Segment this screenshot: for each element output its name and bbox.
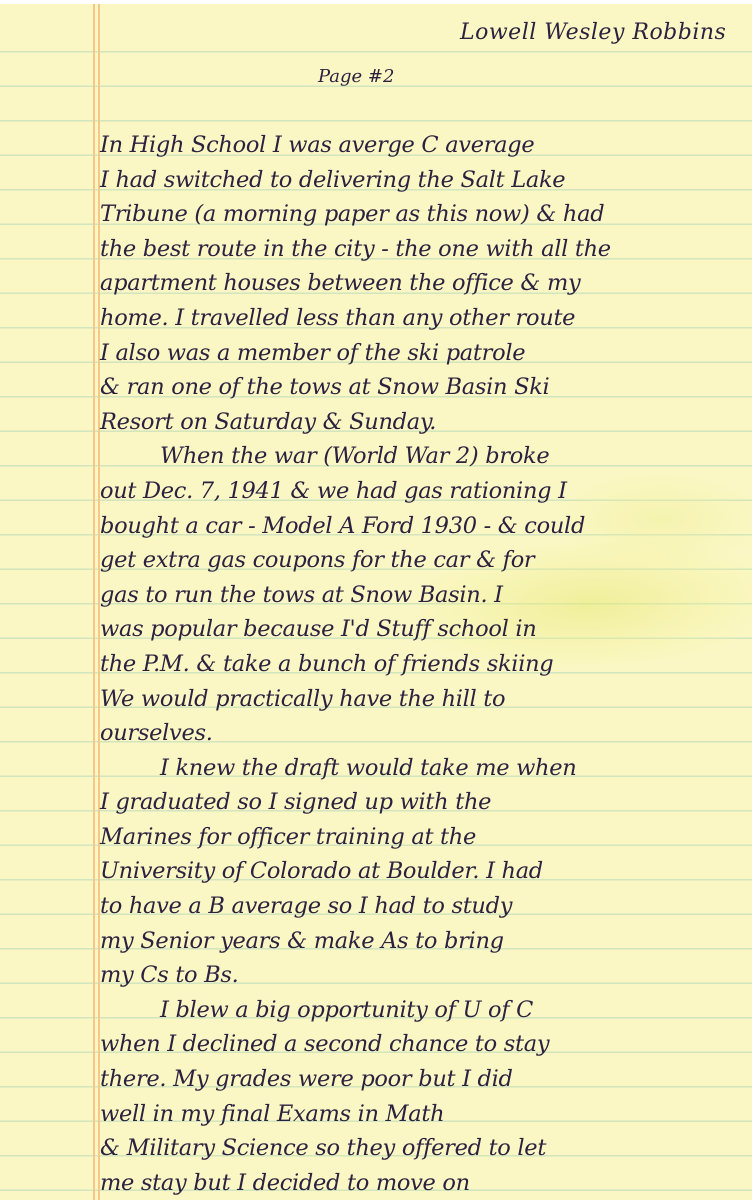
text-line: We would practically have the hill to — [100, 682, 740, 717]
text-line: I blew a big opportunity of U of C — [100, 993, 740, 1028]
text-line: & Military Science so they offered to le… — [100, 1131, 740, 1166]
text-line: gas to run the tows at Snow Basin. I — [100, 578, 740, 613]
text-line: & ran one of the tows at Snow Basin Ski — [100, 370, 740, 405]
text-line: bought a car - Model A Ford 1930 - & cou… — [100, 509, 740, 544]
text-line: I graduated so I signed up with the — [100, 785, 740, 820]
text-line: me stay but I decided to move on — [100, 1166, 740, 1200]
text-line: the P.M. & take a bunch of friends skiin… — [100, 647, 740, 682]
text-line: my Senior years & make As to bring — [100, 924, 740, 959]
margin-rule — [93, 4, 95, 1200]
text-line: Marines for officer training at the — [100, 820, 740, 855]
text-line: was popular because I'd Stuff school in — [100, 612, 740, 647]
text-line: University of Colorado at Boulder. I had — [100, 854, 740, 889]
page-number: Page #2 — [318, 66, 394, 87]
text-line: apartment houses between the office & my — [100, 266, 740, 301]
legal-pad-page: Lowell Wesley Robbins Page #2 In High Sc… — [0, 4, 752, 1200]
text-line: home. I travelled less than any other ro… — [100, 301, 740, 336]
text-line: out Dec. 7, 1941 & we had gas rationing … — [100, 474, 740, 509]
text-line: In High School I was averge C average — [100, 128, 740, 163]
letter-body: In High School I was averge C averageI h… — [100, 128, 740, 1200]
text-line: there. My grades were poor but I did — [100, 1062, 740, 1097]
text-line: When the war (World War 2) broke — [100, 439, 740, 474]
text-line: get extra gas coupons for the car & for — [100, 543, 740, 578]
text-line: I also was a member of the ski patrole — [100, 336, 740, 371]
text-line: Resort on Saturday & Sunday. — [100, 405, 740, 440]
text-line: I had switched to delivering the Salt La… — [100, 163, 740, 198]
text-line: well in my final Exams in Math — [100, 1097, 740, 1132]
text-line: I knew the draft would take me when — [100, 751, 740, 786]
text-line: my Cs to Bs. — [100, 958, 740, 993]
text-line: ourselves. — [100, 716, 740, 751]
text-line: Tribune (a morning paper as this now) & … — [100, 197, 740, 232]
text-line: to have a B average so I had to study — [100, 889, 740, 924]
text-line: the best route in the city - the one wit… — [100, 232, 740, 267]
author-signature: Lowell Wesley Robbins — [460, 20, 726, 45]
text-line: when I declined a second chance to stay — [100, 1027, 740, 1062]
